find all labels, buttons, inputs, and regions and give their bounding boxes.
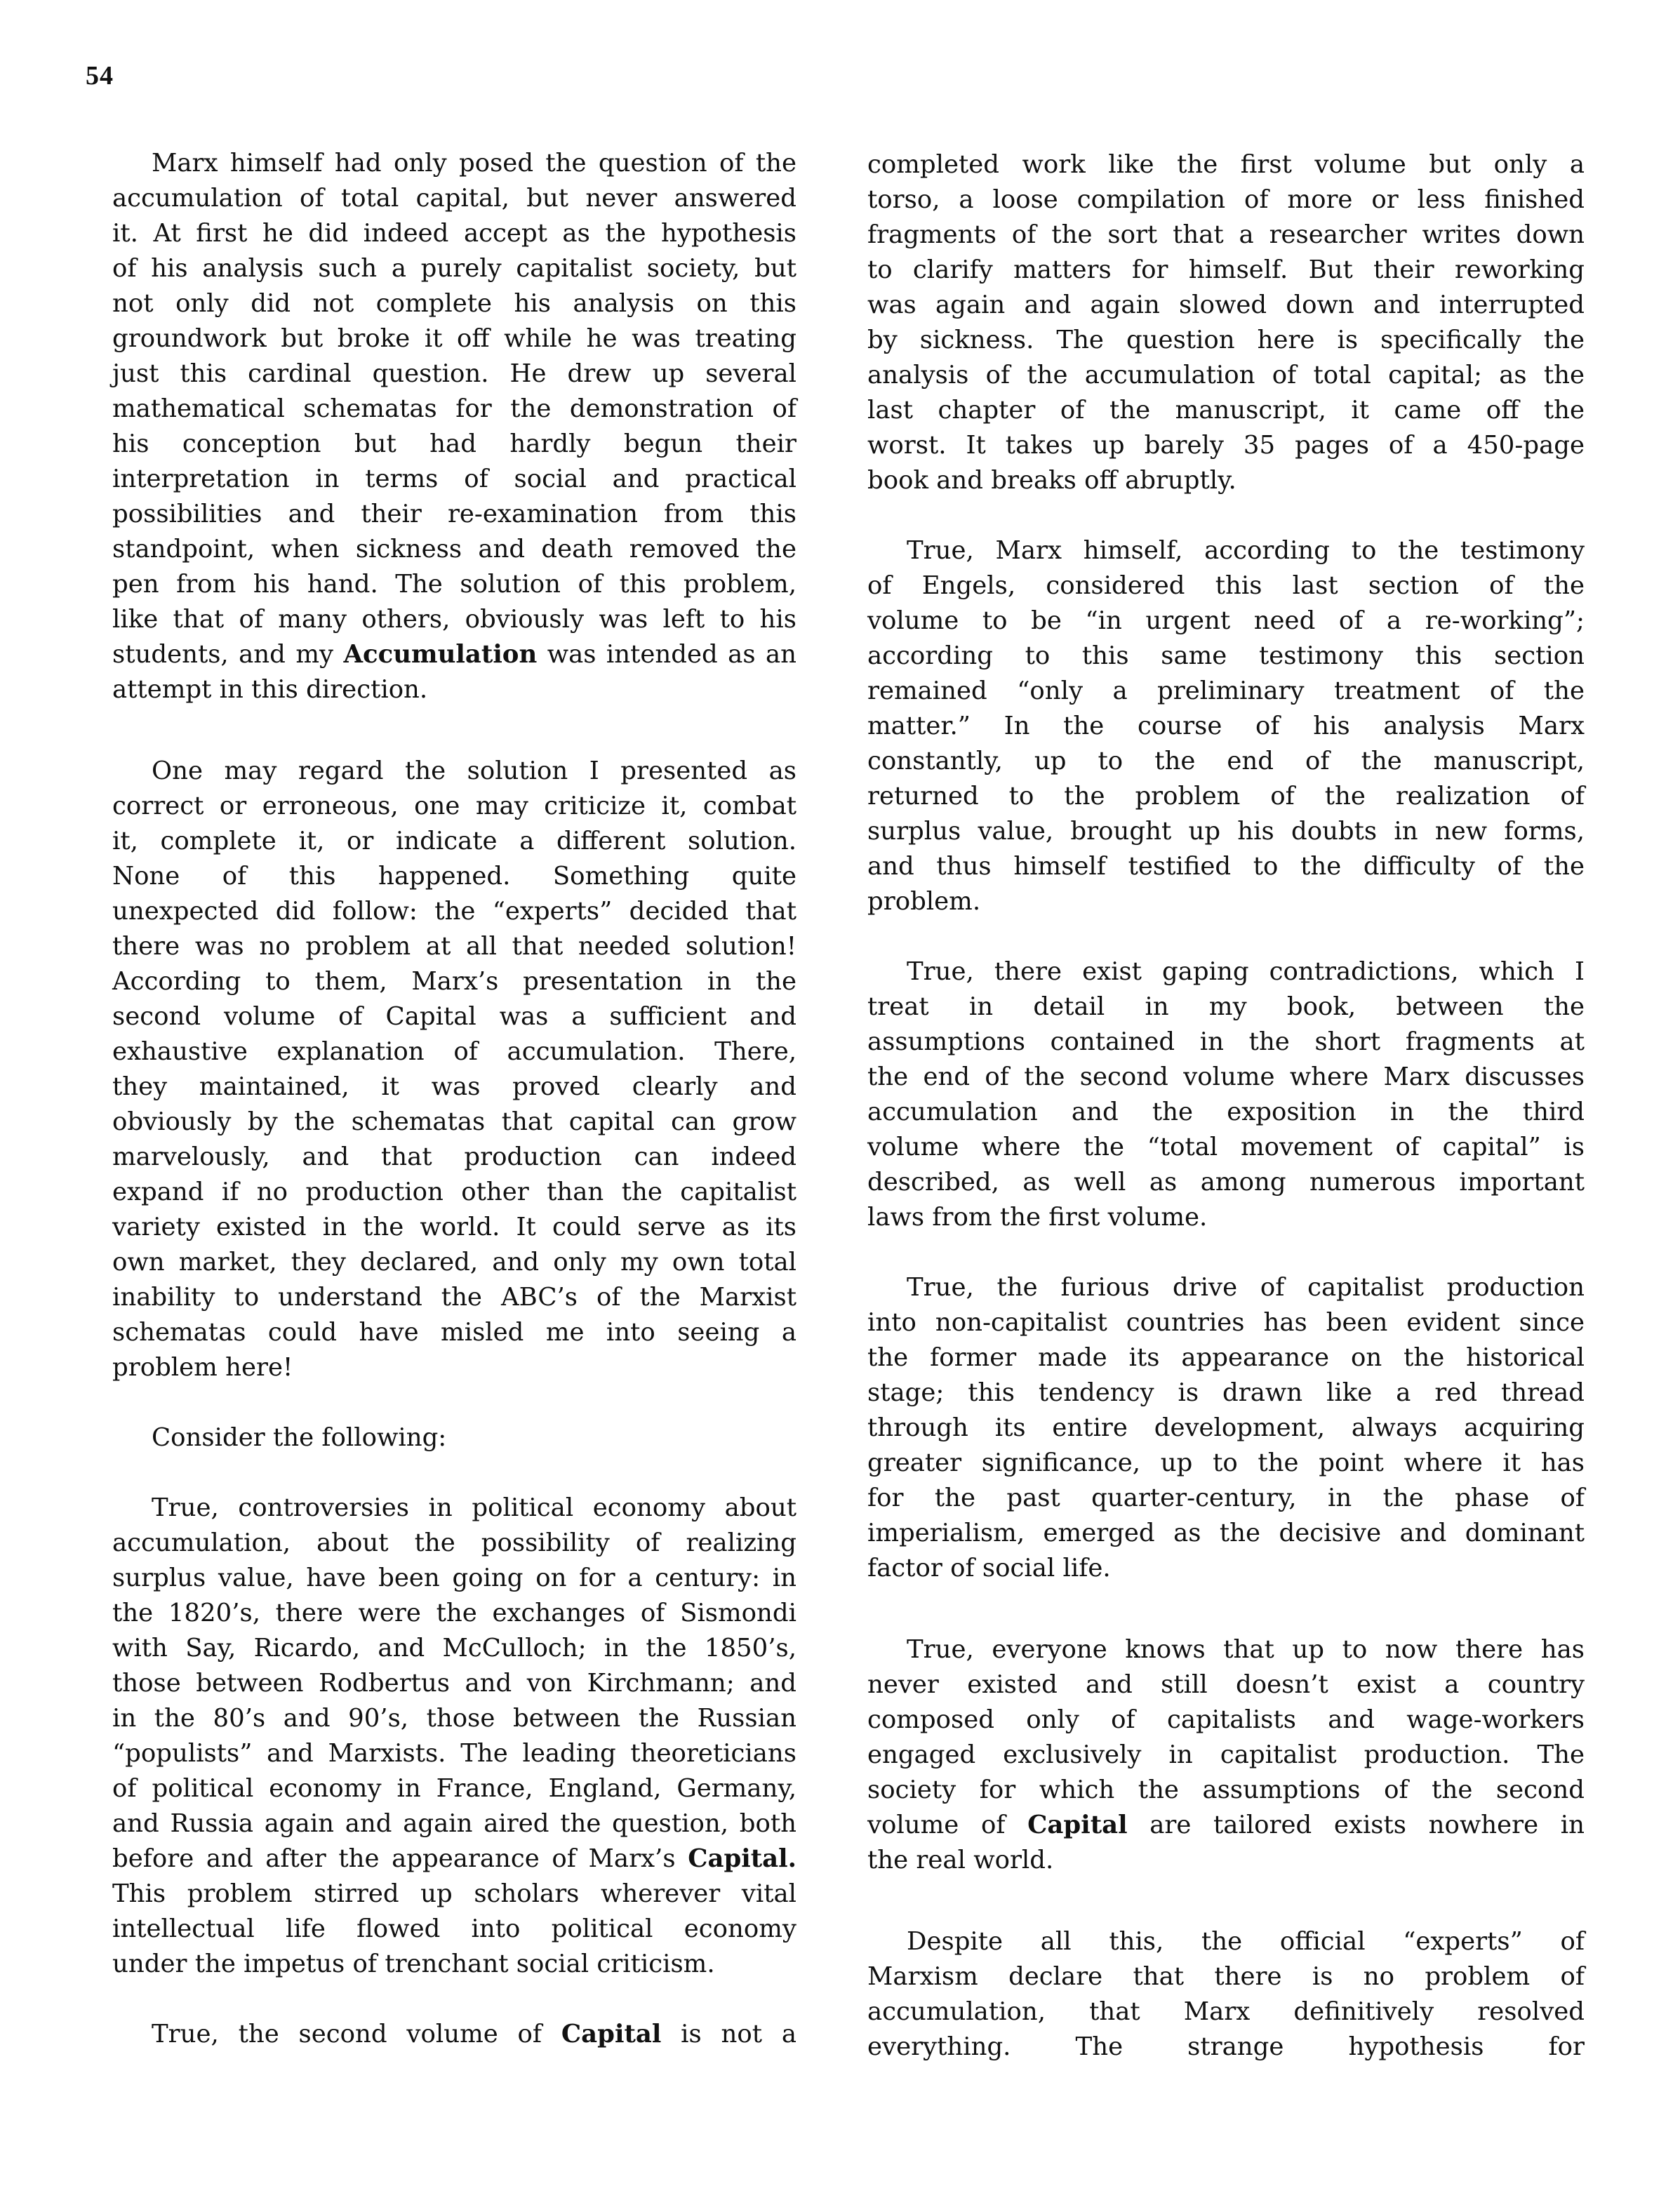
text-line: own market, they declared, and only my o… <box>112 1245 796 1280</box>
left-column: Marx himself had only posed the question… <box>112 146 796 2052</box>
paragraph-gap <box>112 1456 796 1491</box>
paragraph: True, there exist gaping contradictions,… <box>867 954 1585 1235</box>
text-line: composed only of capitalists and wage-wo… <box>867 1703 1585 1738</box>
text-line: interpretation in terms of social and pr… <box>112 462 796 497</box>
text-line: to clarify matters for himself. But thei… <box>867 253 1585 288</box>
text-line: of his analysis such a purely capitalist… <box>112 251 796 286</box>
text-line: into non-capitalist countries has been e… <box>867 1305 1585 1340</box>
text-line: accumulation, that Marx definitively res… <box>867 1994 1585 2030</box>
text-line: True, controversies in political economy… <box>112 1491 796 1526</box>
paragraph-gap <box>112 707 796 754</box>
paragraph-gap <box>867 1878 1585 1924</box>
text-line: assumptions contained in the short fragm… <box>867 1025 1585 1060</box>
text-line: True, everyone knows that up to now ther… <box>867 1632 1585 1667</box>
text-line: matter.” In the course of his analysis M… <box>867 709 1585 744</box>
text-line: attempt in this direction. <box>112 672 796 707</box>
text-line: the real world. <box>867 1843 1585 1878</box>
text-line: True, there exist gaping contradictions,… <box>867 954 1585 990</box>
text-line: “populists” and Marxists. The leading th… <box>112 1736 796 1771</box>
text-line: was again and again slowed down and inte… <box>867 288 1585 323</box>
text-line: treat in detail in my book, between the <box>867 990 1585 1025</box>
text-line: volume to be “in urgent need of a re-wor… <box>867 604 1585 639</box>
text-line: second volume of Capital was a sufficien… <box>112 999 796 1034</box>
text-line: True, the second volume of Capital is no… <box>112 2017 796 2052</box>
paragraph: Consider the following: <box>112 1420 796 1456</box>
text-line: None of this happened. Something quite <box>112 859 796 894</box>
right-column: completed work like the first volume but… <box>867 147 1585 2065</box>
text-line: of political economy in France, England,… <box>112 1771 796 1806</box>
text-line: True, Marx himself, according to the tes… <box>867 533 1585 568</box>
text-line: accumulation, about the possibility of r… <box>112 1526 796 1561</box>
paragraph: Marx himself had only posed the question… <box>112 146 796 707</box>
text-line: volume of Capital are tailored exists no… <box>867 1808 1585 1843</box>
text-line: accumulation of total capital, but never… <box>112 181 796 216</box>
text-line: there was no problem at all that needed … <box>112 929 796 964</box>
text-line: and Russia again and again aired the que… <box>112 1806 796 1841</box>
text-line: society for which the assumptions of the… <box>867 1773 1585 1808</box>
text-line: under the impetus of trenchant social cr… <box>112 1947 796 1982</box>
bold-title: Capital <box>561 2020 661 2049</box>
paragraph-gap <box>112 1982 796 2017</box>
text-line: his conception but had hardly begun thei… <box>112 427 796 462</box>
text-line: never existed and still doesn’t exist a … <box>867 1667 1585 1703</box>
bold-title: Accumulation <box>343 640 537 669</box>
text-line: One may regard the solution I presented … <box>112 754 796 789</box>
paragraph: One may regard the solution I presented … <box>112 754 796 1385</box>
text-line: just this cardinal question. He drew up … <box>112 357 796 392</box>
text-line: for the past quarter-century, in the pha… <box>867 1481 1585 1516</box>
text-line: last chapter of the manuscript, it came … <box>867 393 1585 428</box>
text-line: schematas could have misled me into seei… <box>112 1315 796 1350</box>
text-line: according to this same testimony this se… <box>867 639 1585 674</box>
text-line: those between Rodbertus and von Kirchman… <box>112 1666 796 1701</box>
text-line: the end of the second volume where Marx … <box>867 1060 1585 1095</box>
paragraph: True, the furious drive of capitalist pr… <box>867 1270 1585 1586</box>
paragraph-gap <box>867 1586 1585 1632</box>
text-line: Despite all this, the official “experts”… <box>867 1924 1585 1959</box>
text-line: variety existed in the world. It could s… <box>112 1210 796 1245</box>
text-line: worst. It takes up barely 35 pages of a … <box>867 428 1585 463</box>
text-line: mathematical schematas for the demonstra… <box>112 392 796 427</box>
text-line: stage; this tendency is drawn like a red… <box>867 1376 1585 1411</box>
text-line: through its entire development, always a… <box>867 1411 1585 1446</box>
text-line: pen from his hand. The solution of this … <box>112 567 796 602</box>
text-line: analysis of the accumulation of total ca… <box>867 358 1585 393</box>
text-line: it, complete it, or indicate a different… <box>112 824 796 859</box>
text-line: imperialism, emerged as the decisive and… <box>867 1516 1585 1551</box>
text-line: with Say, Ricardo, and McCulloch; in the… <box>112 1631 796 1666</box>
text-line: laws from the first volume. <box>867 1200 1585 1235</box>
text-line: surplus value, brought up his doubts in … <box>867 814 1585 849</box>
paragraph-gap <box>867 919 1585 954</box>
text-line: Marxism declare that there is no problem… <box>867 1959 1585 1994</box>
text-line: completed work like the first volume but… <box>867 147 1585 182</box>
text-line: returned to the problem of the realizati… <box>867 779 1585 814</box>
text-line: True, the furious drive of capitalist pr… <box>867 1270 1585 1305</box>
text-line: obviously by the schematas that capital … <box>112 1105 796 1140</box>
text-line: Consider the following: <box>112 1420 796 1456</box>
text-line: of Engels, considered this last section … <box>867 568 1585 604</box>
text-line: constantly, up to the end of the manuscr… <box>867 744 1585 779</box>
page-number: 54 <box>86 60 114 91</box>
paragraph: True, everyone knows that up to now ther… <box>867 1632 1585 1878</box>
text-line: students, and my Accumulation was intend… <box>112 637 796 672</box>
text-line: it. At first he did indeed accept as the… <box>112 216 796 251</box>
text-line: not only did not complete his analysis o… <box>112 286 796 321</box>
text-line: expand if no production other than the c… <box>112 1175 796 1210</box>
paragraph-gap <box>112 1385 796 1420</box>
text-line: the 1820’s, there were the exchanges of … <box>112 1596 796 1631</box>
paragraph-gap <box>867 1235 1585 1270</box>
text-line: possibilities and their re-examination f… <box>112 497 796 532</box>
text-line: fragments of the sort that a researcher … <box>867 218 1585 253</box>
text-line: According to them, Marx’s presentation i… <box>112 964 796 999</box>
text-line: described, as well as among numerous imp… <box>867 1165 1585 1200</box>
text-line: factor of social life. <box>867 1551 1585 1586</box>
text-line: like that of many others, obviously was … <box>112 602 796 637</box>
text-line: everything. The strange hypothesis for <box>867 2030 1585 2065</box>
text-line: greater significance, up to the point wh… <box>867 1446 1585 1481</box>
paragraph: True, the second volume of Capital is no… <box>112 2017 796 2052</box>
paragraph: Despite all this, the official “experts”… <box>867 1924 1585 2065</box>
text-line: correct or erroneous, one may criticize … <box>112 789 796 824</box>
text-line: Marx himself had only posed the question… <box>112 146 796 181</box>
text-line: exhaustive explanation of accumulation. … <box>112 1034 796 1070</box>
text-line: in the 80’s and 90’s, those between the … <box>112 1701 796 1736</box>
paragraph: completed work like the first volume but… <box>867 147 1585 498</box>
text-line: accumulation and the exposition in the t… <box>867 1095 1585 1130</box>
text-line: problem here! <box>112 1350 796 1385</box>
text-line: standpoint, when sickness and death remo… <box>112 532 796 567</box>
text-line: before and after the appearance of Marx’… <box>112 1841 796 1877</box>
bold-title: Capital. <box>688 1844 796 1873</box>
text-line: and thus himself testified to the diffic… <box>867 849 1585 884</box>
bold-title: Capital <box>1027 1811 1127 1839</box>
text-line: torso, a loose compilation of more or le… <box>867 182 1585 218</box>
text-line: inability to understand the ABC’s of the… <box>112 1280 796 1315</box>
paragraph: True, controversies in political economy… <box>112 1491 796 1982</box>
text-line: intellectual life flowed into political … <box>112 1912 796 1947</box>
paragraph: True, Marx himself, according to the tes… <box>867 533 1585 919</box>
text-line: remained “only a preliminary treatment o… <box>867 674 1585 709</box>
text-line: by sickness. The question here is specif… <box>867 323 1585 358</box>
text-line: they maintained, it was proved clearly a… <box>112 1070 796 1105</box>
text-line: the former made its appearance on the hi… <box>867 1340 1585 1376</box>
text-line: engaged exclusively in capitalist produc… <box>867 1738 1585 1773</box>
text-line: marvelously, and that production can ind… <box>112 1140 796 1175</box>
text-line: This problem stirred up scholars whereve… <box>112 1877 796 1912</box>
text-line: groundwork but broke it off while he was… <box>112 321 796 357</box>
text-line: unexpected did follow: the “experts” dec… <box>112 894 796 929</box>
text-line: problem. <box>867 884 1585 919</box>
text-line: volume where the “total movement of capi… <box>867 1130 1585 1165</box>
text-line: surplus value, have been going on for a … <box>112 1561 796 1596</box>
text-line: book and breaks off abruptly. <box>867 463 1585 498</box>
paragraph-gap <box>867 498 1585 533</box>
